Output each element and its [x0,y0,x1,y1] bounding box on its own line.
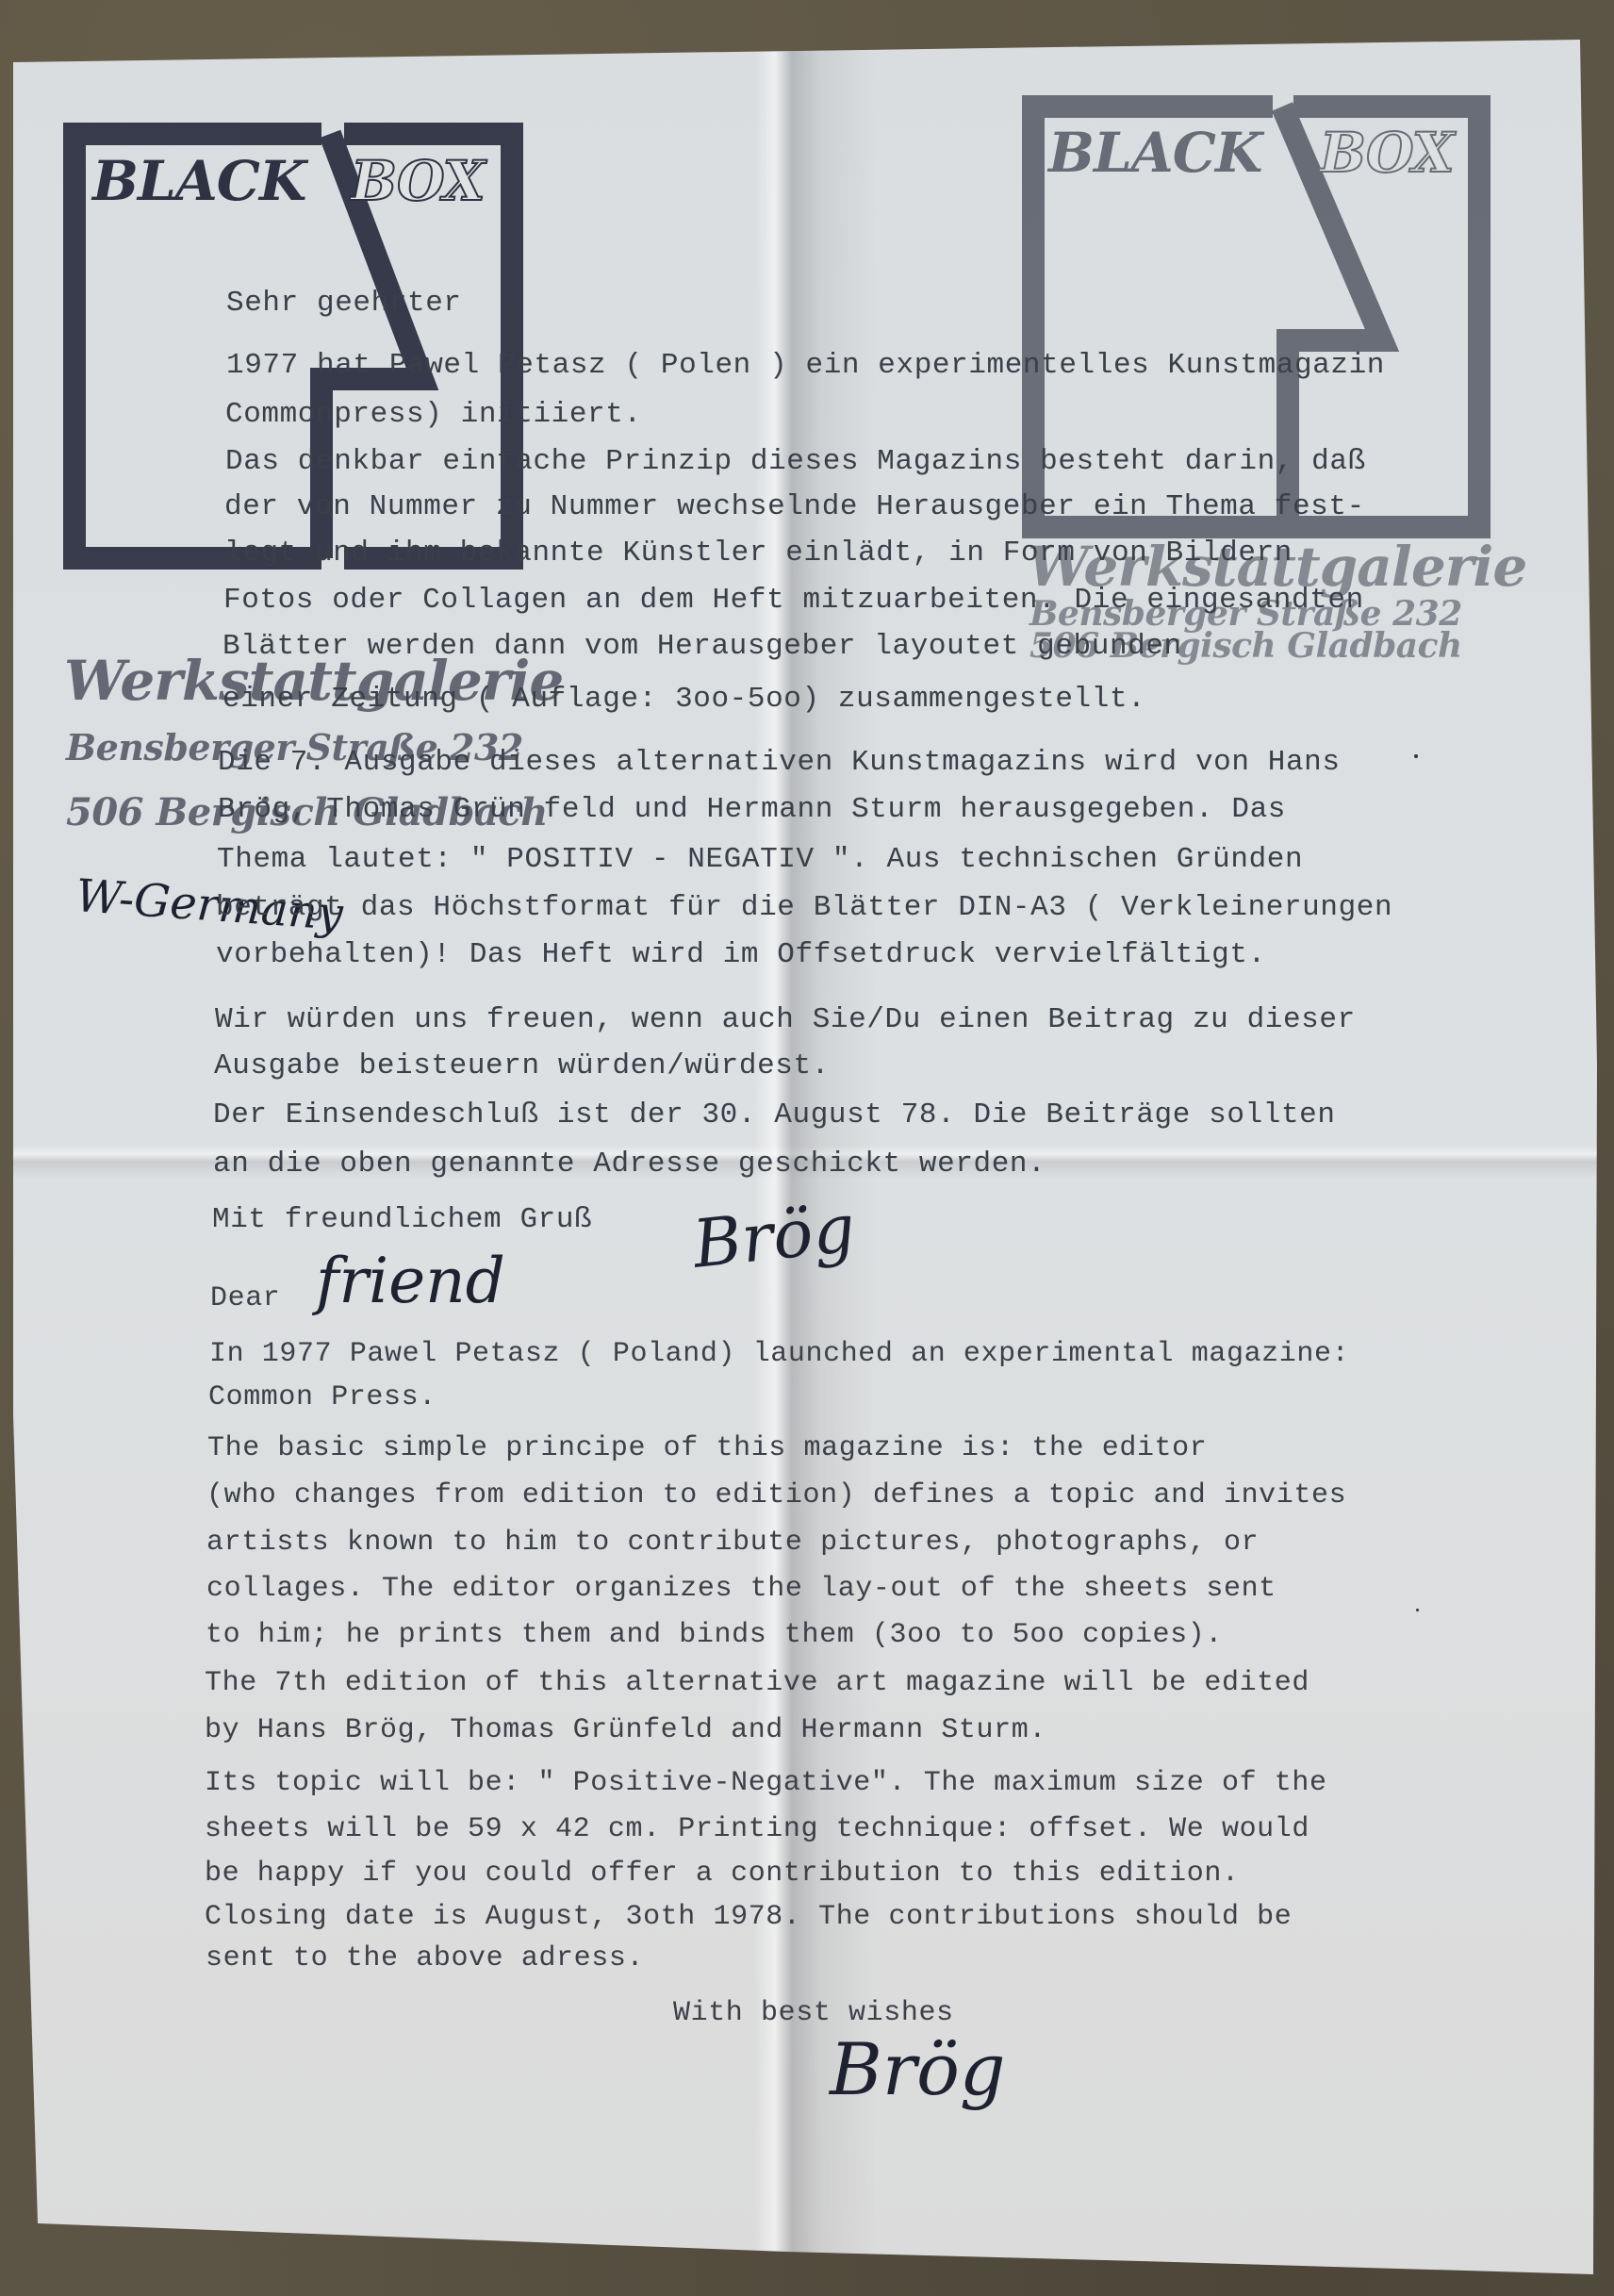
german-line: Blätter werden dann vom Herausgeber layo… [222,632,1182,661]
english-signature: Brög [830,2027,1006,2111]
logo-word-black: BLACK [1048,121,1261,185]
german-salutation: Sehr geehrter [226,289,462,318]
german-line: Thema lautet: " POSITIV - NEGATIV ". Aus… [217,845,1303,874]
german-line: Der Einsendeschluß ist der 30. August 78… [213,1100,1336,1130]
german-line: einer Zeitung ( Auflage: 3oo-5oo) zusamm… [222,685,1145,714]
german-line: Commonpress) initiiert. [225,400,642,429]
german-signature: Brög [689,1189,858,1283]
english-line: collages. The editor organizes the lay-o… [206,1575,1276,1603]
german-line: legt und ihm bekannte Künstler einlädt, … [224,538,1293,568]
english-line: sheets will be 59 x 42 cm. Printing tech… [205,1815,1309,1843]
english-line: be happy if you could offer a contributi… [205,1859,1240,1888]
english-line: by Hans Brög, Thomas Grünfeld and Herman… [205,1716,1046,1744]
handwritten-friend: friend [316,1245,505,1317]
german-line: Fotos oder Collagen an dem Heft mitzuarb… [223,586,1364,615]
english-line: Its topic will be: " Positive-Negative".… [205,1769,1327,1797]
english-line: In 1977 Pawel Petasz ( Poland) launched … [209,1340,1349,1368]
logo-word-box: BOX [1320,121,1454,185]
german-line: Brög, Thomas Grün feld und Hermann Sturm… [218,795,1286,824]
english-line: sent to the above adress. [206,1944,644,1973]
ink-speck [1414,754,1418,758]
german-line: Ausgabe beisteuern würden/würdest. [214,1051,830,1081]
german-line: 1977 hat Pawel Petasz ( Polen ) ein expe… [226,351,1385,380]
german-line: vorbehalten)! Das Heft wird im Offsetdru… [216,940,1266,969]
letter-sheet: BLACK BOX Werkstattgalerie Bensberger St… [0,0,1614,2296]
ink-speck [1416,1609,1419,1611]
english-closing: With best wishes [673,1999,954,2027]
german-closing: Mit freundlichem Gruß [212,1205,592,1234]
english-line: artists known to him to contribute pictu… [206,1528,1259,1557]
english-salutation: Dear [210,1284,280,1313]
english-line: The basic simple principe of this magazi… [207,1434,1207,1462]
german-line: Wir würden uns freuen, wenn auch Sie/Du … [215,1005,1356,1034]
english-line: to him; he prints them and binds them (3… [206,1621,1223,1649]
german-line: Die 7. Ausgabe dieses alternativen Kunst… [218,748,1341,777]
german-line: der von Nummer zu Nummer wechselnde Hera… [224,492,1365,521]
german-line: Das denkbar einfache Prinzip dieses Maga… [225,447,1366,476]
german-line: beträgt das Höchstformat für die Blätter… [216,893,1392,922]
english-line: Closing date is August, 3oth 1978. The c… [205,1903,1292,1931]
english-line: Common Press. [208,1383,436,1412]
english-line: The 7th edition of this alternative art … [205,1669,1309,1697]
english-line: (who changes from edition to edition) de… [206,1481,1346,1510]
german-line: an die oben genannte Adresse geschickt w… [213,1149,1046,1179]
